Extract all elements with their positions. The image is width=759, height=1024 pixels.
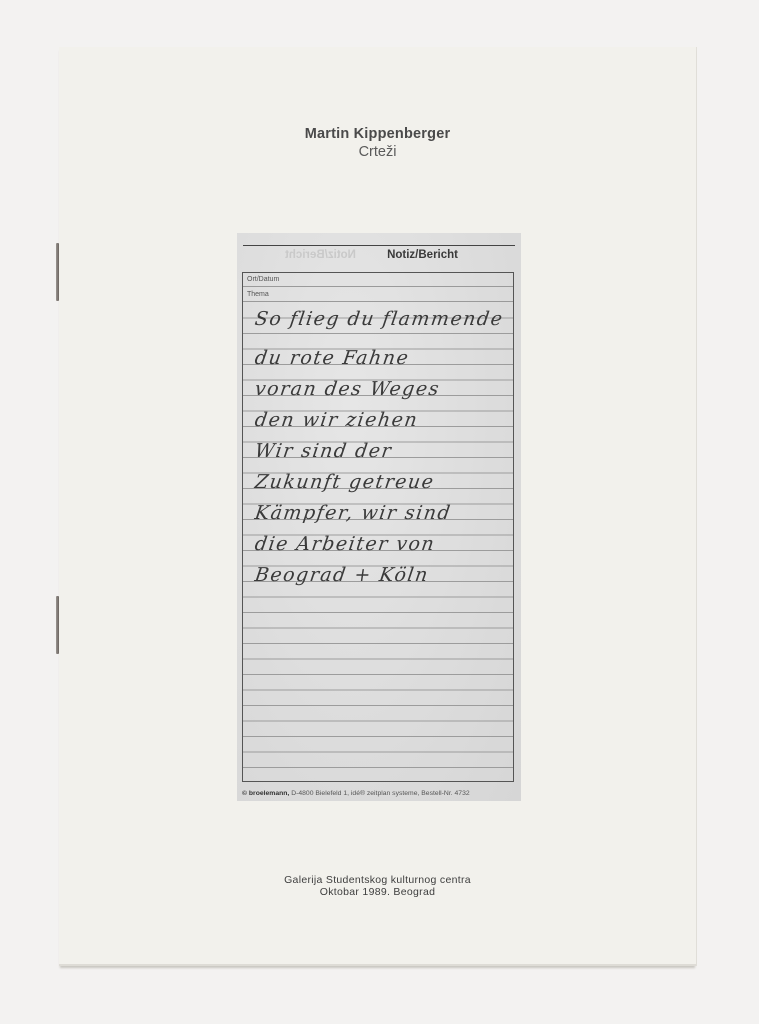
handwritten-line: voran des Weges: [253, 378, 441, 400]
staple-top: [56, 243, 59, 301]
card-header-rule: [243, 245, 515, 246]
colophon-date-place: Oktobar 1989. Beograd: [59, 886, 696, 898]
card-lined-box: Ort/Datum Thema So flieg du flammende du…: [242, 272, 514, 782]
colophon: Galerija Studentskog kulturnog centra Ok…: [59, 874, 696, 898]
handwritten-line: die Arbeiter von: [253, 533, 436, 555]
card-imprint-brand: © broelemann,: [242, 790, 289, 797]
card-imprint-text: D-4800 Bielefeld 1, idé® zeitplan system…: [291, 790, 469, 797]
field-ort-datum: Ort/Datum: [243, 273, 513, 287]
note-card-image: Notiz/Bericht Notiz/Bericht Ort/Datum Th…: [237, 233, 521, 801]
handwritten-line: den wir ziehen: [253, 409, 419, 431]
handwritten-line: Beograd + Köln: [253, 564, 430, 586]
card-imprint: © broelemann, D-4800 Bielefeld 1, idé® z…: [242, 790, 517, 797]
cover-subtitle: Crteži: [59, 144, 696, 160]
card-title-showthrough: Notiz/Bericht: [285, 249, 356, 261]
handwritten-line: Kämpfer, wir sind: [253, 502, 452, 524]
colophon-venue: Galerija Studentskog kulturnog centra: [59, 874, 696, 886]
staple-bottom: [56, 596, 59, 654]
field-thema: Thema: [243, 288, 513, 302]
handwritten-line: Zukunft getreue: [253, 471, 436, 493]
handwritten-line: So flieg du flammende: [253, 308, 505, 330]
handwritten-line: Wir sind der: [253, 440, 393, 462]
artist-name: Martin Kippenberger: [59, 126, 696, 142]
handwritten-line: du rote Fahne: [253, 347, 410, 369]
booklet-cover: Martin Kippenberger Crteži Notiz/Bericht…: [59, 47, 696, 966]
card-title: Notiz/Bericht: [387, 249, 458, 261]
